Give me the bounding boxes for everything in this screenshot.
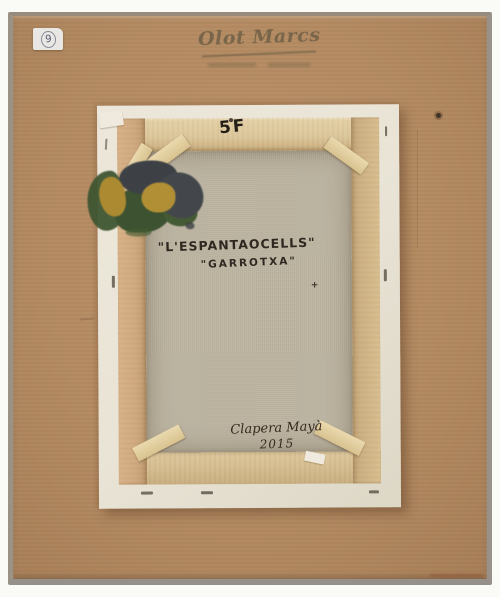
framer-stamp-address-illegible	[208, 63, 256, 67]
inventory-number: 9	[40, 30, 57, 48]
staple	[385, 126, 387, 136]
cardboard-seam	[417, 130, 418, 248]
framer-stamp-underline	[202, 51, 316, 58]
canvas-plus-mark: +	[311, 281, 319, 291]
framer-stamp-name: Olot Marcs	[198, 24, 321, 50]
title-inscription: "L'ESPANTAOCELLS" "GARROTXA"	[146, 236, 352, 269]
staple	[384, 269, 387, 281]
staple	[112, 276, 115, 288]
photo-background: 9 Olot Marcs	[0, 0, 500, 597]
staple	[369, 490, 379, 493]
inventory-sticker: 9	[33, 28, 63, 50]
canvas-stretcher: 5F "L'ESPANTAOCELLS" "GARROTXA" + Claper…	[97, 104, 401, 509]
framer-stamp: Olot Marcs	[198, 26, 338, 76]
staple	[201, 491, 213, 494]
wood-grain-texture	[119, 450, 381, 484]
stretcher-bar-bottom	[119, 450, 381, 484]
inscription-title: "L'ESPANTAOCELLS"	[133, 234, 339, 255]
staple	[141, 492, 153, 495]
paint-blob-slate	[186, 222, 195, 229]
frame-edge-smudge	[430, 574, 482, 577]
artwork-frame-back: 9 Olot Marcs	[8, 12, 492, 585]
paint-blob-ochre	[141, 182, 175, 212]
size-mark: 5F	[218, 116, 247, 138]
cardboard-scratch	[80, 318, 94, 321]
stretcher-bar-right	[351, 117, 381, 483]
paint-blob-green	[126, 229, 152, 237]
nail-hole	[436, 113, 441, 118]
framer-stamp-address-illegible	[268, 63, 310, 67]
paint-smudge-group	[85, 160, 207, 241]
wood-grain-texture	[351, 117, 381, 483]
pencil-mark	[105, 139, 108, 150]
artist-signature: Clapera Mayà 2015	[216, 418, 337, 453]
